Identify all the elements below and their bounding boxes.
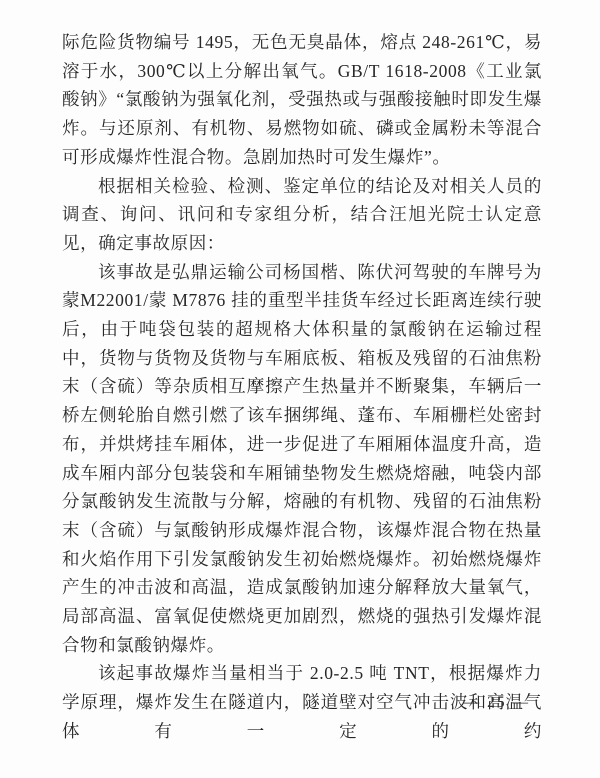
paragraph-2: 根据相关检验、检测、鉴定单位的结论及对相关人员的调查、询问、讯问和专家组分析，结…: [62, 172, 542, 258]
document-page: 际危险货物编号 1495，无色无臭晶体，熔点 248-261℃，易溶于水，300…: [0, 0, 600, 778]
paragraph-1: 际危险货物编号 1495，无色无臭晶体，熔点 248-261℃，易溶于水，300…: [62, 28, 542, 172]
document-body: 际危险货物编号 1495，无色无臭晶体，熔点 248-261℃，易溶于水，300…: [62, 28, 542, 746]
paragraph-3: 该事故是弘鼎运输公司杨国楷、陈伏河驾驶的车牌号为蒙M22001/蒙 M7876 …: [62, 258, 542, 660]
page-number: — 25 —: [464, 694, 530, 712]
